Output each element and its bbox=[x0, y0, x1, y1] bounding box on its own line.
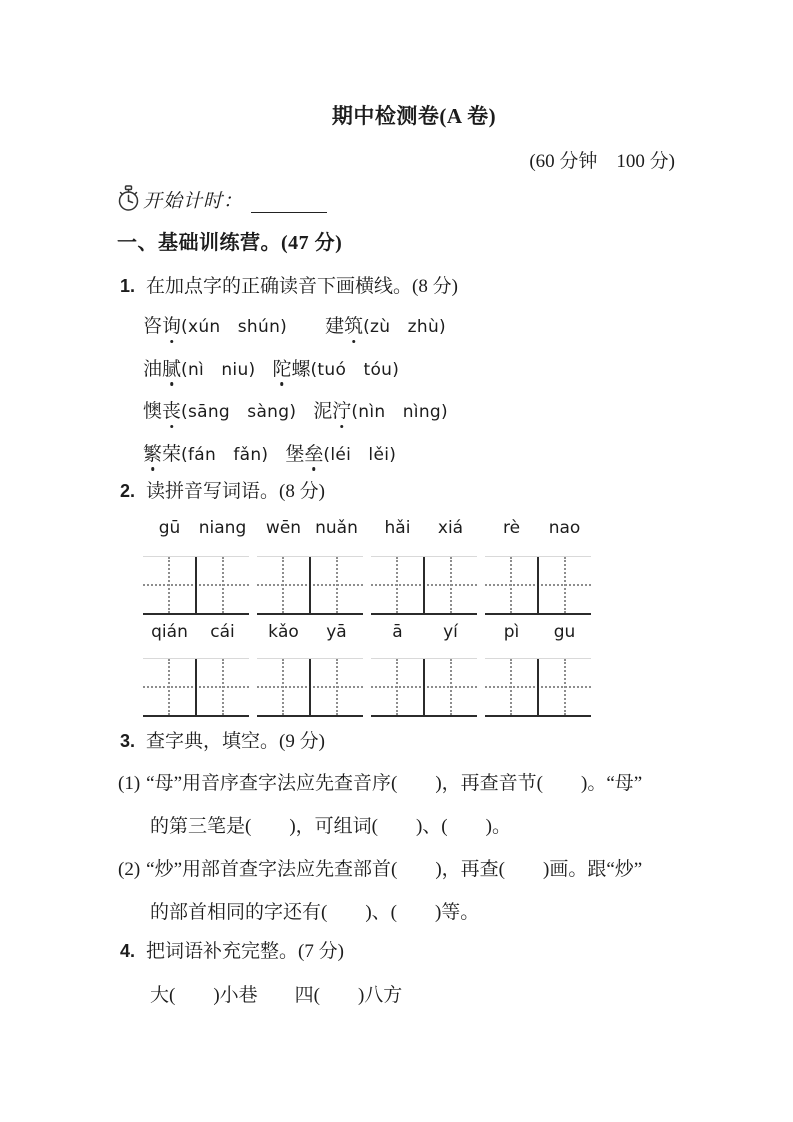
pinyin-group: kǎoyā bbox=[257, 622, 363, 642]
dotted-word-char: 筑 bbox=[344, 311, 363, 338]
question-4-phrases: 大( )小巷 四( )八方 bbox=[150, 980, 402, 1007]
q1-word-item: 建筑(zù zhù) bbox=[325, 311, 446, 338]
word-text: 堡 bbox=[285, 439, 304, 466]
page-title: 期中检测卷(A 卷) bbox=[90, 100, 738, 130]
pinyin-group: wēnnuǎn bbox=[257, 518, 363, 538]
writing-cell[interactable] bbox=[485, 659, 539, 715]
word-text: 荣 bbox=[162, 439, 181, 466]
question-3-heading: 3.查字典，填空。(9 分) bbox=[120, 726, 325, 753]
writing-grid-group bbox=[485, 658, 591, 717]
pinyin-group: gūniang bbox=[143, 518, 249, 538]
writing-cell[interactable] bbox=[311, 659, 363, 715]
time-score-note: (60 分钟 100 分) bbox=[529, 146, 675, 173]
writing-cell[interactable] bbox=[425, 659, 477, 715]
writing-grid-group bbox=[143, 658, 249, 717]
q1-word-item: 泥泞(nìn nìng) bbox=[313, 396, 448, 423]
pinyin-options[interactable]: (fán fǎn) bbox=[181, 440, 268, 465]
pinyin-syllable: nao bbox=[538, 518, 591, 538]
question-4-number: 4. bbox=[120, 941, 135, 961]
question-3-text: 查字典，填空。(9 分) bbox=[146, 731, 325, 752]
timer-label: 开始计时： bbox=[143, 186, 243, 213]
word-text: 咨 bbox=[143, 311, 162, 338]
dotted-word-char: 腻 bbox=[162, 354, 181, 381]
q3-item-1-text[interactable]: “母”用音序查字法应先查音序( )，再查音节( )。“母” bbox=[146, 773, 642, 794]
question-1-text: 在加点字的正确读音下画横线。(8 分) bbox=[146, 276, 458, 297]
writing-cell[interactable] bbox=[539, 659, 591, 715]
pinyin-row-1: gūniang wēnnuǎn hǎixiá rènao bbox=[143, 518, 591, 538]
q3-item-2-marker: (2) bbox=[118, 859, 140, 880]
pinyin-group: āyí bbox=[371, 622, 477, 642]
dotted-word-char: 丧 bbox=[162, 396, 181, 423]
dotted-word-char: 陀 bbox=[272, 354, 291, 381]
writing-grid-group bbox=[371, 556, 477, 615]
question-2-number: 2. bbox=[120, 481, 135, 501]
pinyin-syllable: yí bbox=[424, 622, 477, 642]
question-1-options: 咨询(xún shún) 建筑(zù zhù) 油腻(nì niu) 陀螺(tu… bbox=[143, 311, 448, 481]
writing-grid-group bbox=[485, 556, 591, 615]
pinyin-options[interactable]: (tuó tóu) bbox=[311, 355, 400, 380]
writing-cell[interactable] bbox=[197, 557, 249, 613]
dotted-word-char: 询 bbox=[162, 311, 181, 338]
pinyin-syllable: xiá bbox=[424, 518, 477, 538]
q3-item-2-line-1: (2)“炒”用部首查字法应先查部首( )，再查( )画。跟“炒” bbox=[118, 854, 642, 881]
q1-row: 油腻(nì niu) 陀螺(tuó tóu) bbox=[143, 354, 448, 373]
writing-grid-row-2 bbox=[143, 658, 591, 717]
writing-cell[interactable] bbox=[539, 557, 591, 613]
pinyin-syllable: cái bbox=[196, 622, 249, 642]
pinyin-syllable: wēn bbox=[257, 518, 310, 538]
writing-grid-group bbox=[257, 658, 363, 717]
q1-row: 咨询(xún shún) 建筑(zù zhù) bbox=[143, 311, 448, 330]
writing-grid-group bbox=[257, 556, 363, 615]
pinyin-syllable: rè bbox=[485, 518, 538, 538]
word-text: 建 bbox=[325, 311, 344, 338]
word-text: 懊 bbox=[143, 396, 162, 423]
q3-item-2-text-cont[interactable]: 的部首相同的字还有( )、( )等。 bbox=[150, 902, 479, 923]
pinyin-options[interactable]: (xún shún) bbox=[181, 312, 287, 337]
writing-cell[interactable] bbox=[143, 659, 197, 715]
q3-item-1-line-1: (1)“母”用音序查字法应先查音序( )，再查音节( )。“母” bbox=[118, 768, 642, 795]
clock-icon bbox=[116, 184, 141, 213]
exam-paper-page: 期中检测卷(A 卷) (60 分钟 100 分) 开始计时： 一、基础训练营。(… bbox=[0, 0, 793, 1122]
pinyin-options[interactable]: (nì niu) bbox=[181, 355, 255, 380]
writing-grid-group bbox=[143, 556, 249, 615]
pinyin-syllable: yā bbox=[310, 622, 363, 642]
writing-cell[interactable] bbox=[257, 557, 311, 613]
q1-word-item: 懊丧(sāng sàng) bbox=[143, 396, 296, 423]
q3-item-1-text-cont[interactable]: 的第三笔是( )，可组词( )、( )。 bbox=[150, 816, 511, 837]
timer-blank-line[interactable] bbox=[251, 190, 327, 213]
q1-word-item: 咨询(xún shún) bbox=[143, 311, 287, 338]
q4-phrase[interactable]: 四( )八方 bbox=[295, 980, 403, 1007]
word-text: 螺 bbox=[291, 354, 310, 381]
q3-item-2-text[interactable]: “炒”用部首查字法应先查部首( )，再查( )画。跟“炒” bbox=[146, 859, 642, 880]
question-4-text: 把词语补充完整。(7 分) bbox=[146, 941, 344, 962]
q1-word-item: 繁荣(fán fǎn) bbox=[143, 439, 268, 466]
pinyin-syllable: gū bbox=[143, 518, 196, 538]
pinyin-syllable: qián bbox=[143, 622, 196, 642]
q1-word-item: 堡垒(léi lěi) bbox=[285, 439, 396, 466]
word-text: 泥 bbox=[313, 396, 332, 423]
question-3-number: 3. bbox=[120, 731, 135, 751]
q4-phrase[interactable]: 大( )小巷 bbox=[150, 980, 258, 1007]
q3-item-1-marker: (1) bbox=[118, 773, 140, 794]
pinyin-options[interactable]: (zù zhù) bbox=[363, 312, 446, 337]
pinyin-group: hǎixiá bbox=[371, 518, 477, 538]
writing-cell[interactable] bbox=[425, 557, 477, 613]
pinyin-options[interactable]: (léi lěi) bbox=[323, 440, 396, 465]
pinyin-options[interactable]: (nìn nìng) bbox=[351, 397, 448, 422]
pinyin-syllable: nuǎn bbox=[310, 518, 363, 538]
writing-cell[interactable] bbox=[371, 557, 425, 613]
writing-cell[interactable] bbox=[311, 557, 363, 613]
pinyin-options[interactable]: (sāng sàng) bbox=[181, 397, 296, 422]
question-2-heading: 2.读拼音写词语。(8 分) bbox=[120, 476, 325, 503]
pinyin-group: qiáncái bbox=[143, 622, 249, 642]
section-heading: 一、基础训练营。(47 分) bbox=[117, 226, 342, 255]
writing-cell[interactable] bbox=[485, 557, 539, 613]
pinyin-syllable: gu bbox=[538, 622, 591, 642]
pinyin-syllable: kǎo bbox=[257, 622, 310, 642]
writing-cell[interactable] bbox=[143, 557, 197, 613]
writing-cell[interactable] bbox=[197, 659, 249, 715]
pinyin-row-2: qiáncái kǎoyā āyí pìgu bbox=[143, 622, 591, 642]
q1-word-item: 陀螺(tuó tóu) bbox=[272, 354, 399, 381]
dotted-word-char: 垒 bbox=[304, 439, 323, 466]
dotted-word-char: 泞 bbox=[332, 396, 351, 423]
pinyin-syllable: pì bbox=[485, 622, 538, 642]
dotted-word-char: 繁 bbox=[143, 439, 162, 466]
question-1-heading: 1.在加点字的正确读音下画横线。(8 分) bbox=[120, 271, 458, 298]
writing-grid-row-1 bbox=[143, 556, 591, 615]
pinyin-syllable: hǎi bbox=[371, 518, 424, 538]
word-text: 油 bbox=[143, 354, 162, 381]
q1-word-item: 油腻(nì niu) bbox=[143, 354, 255, 381]
pinyin-group: pìgu bbox=[485, 622, 591, 642]
question-4-heading: 4.把词语补充完整。(7 分) bbox=[120, 936, 344, 963]
writing-grid-group bbox=[371, 658, 477, 717]
writing-cell[interactable] bbox=[257, 659, 311, 715]
q3-item-2-line-2: 的部首相同的字还有( )、( )等。 bbox=[150, 897, 479, 924]
pinyin-syllable: ā bbox=[371, 622, 424, 642]
q1-row: 繁荣(fán fǎn) 堡垒(léi lěi) bbox=[143, 439, 448, 458]
timer-row: 开始计时： bbox=[116, 184, 327, 213]
writing-cell[interactable] bbox=[371, 659, 425, 715]
question-1-number: 1. bbox=[120, 276, 135, 296]
question-2-text: 读拼音写词语。(8 分) bbox=[146, 481, 325, 502]
pinyin-group: rènao bbox=[485, 518, 591, 538]
pinyin-syllable: niang bbox=[196, 518, 249, 538]
q1-row: 懊丧(sāng sàng) 泥泞(nìn nìng) bbox=[143, 396, 448, 415]
q3-item-1-line-2: 的第三笔是( )，可组词( )、( )。 bbox=[150, 811, 511, 838]
